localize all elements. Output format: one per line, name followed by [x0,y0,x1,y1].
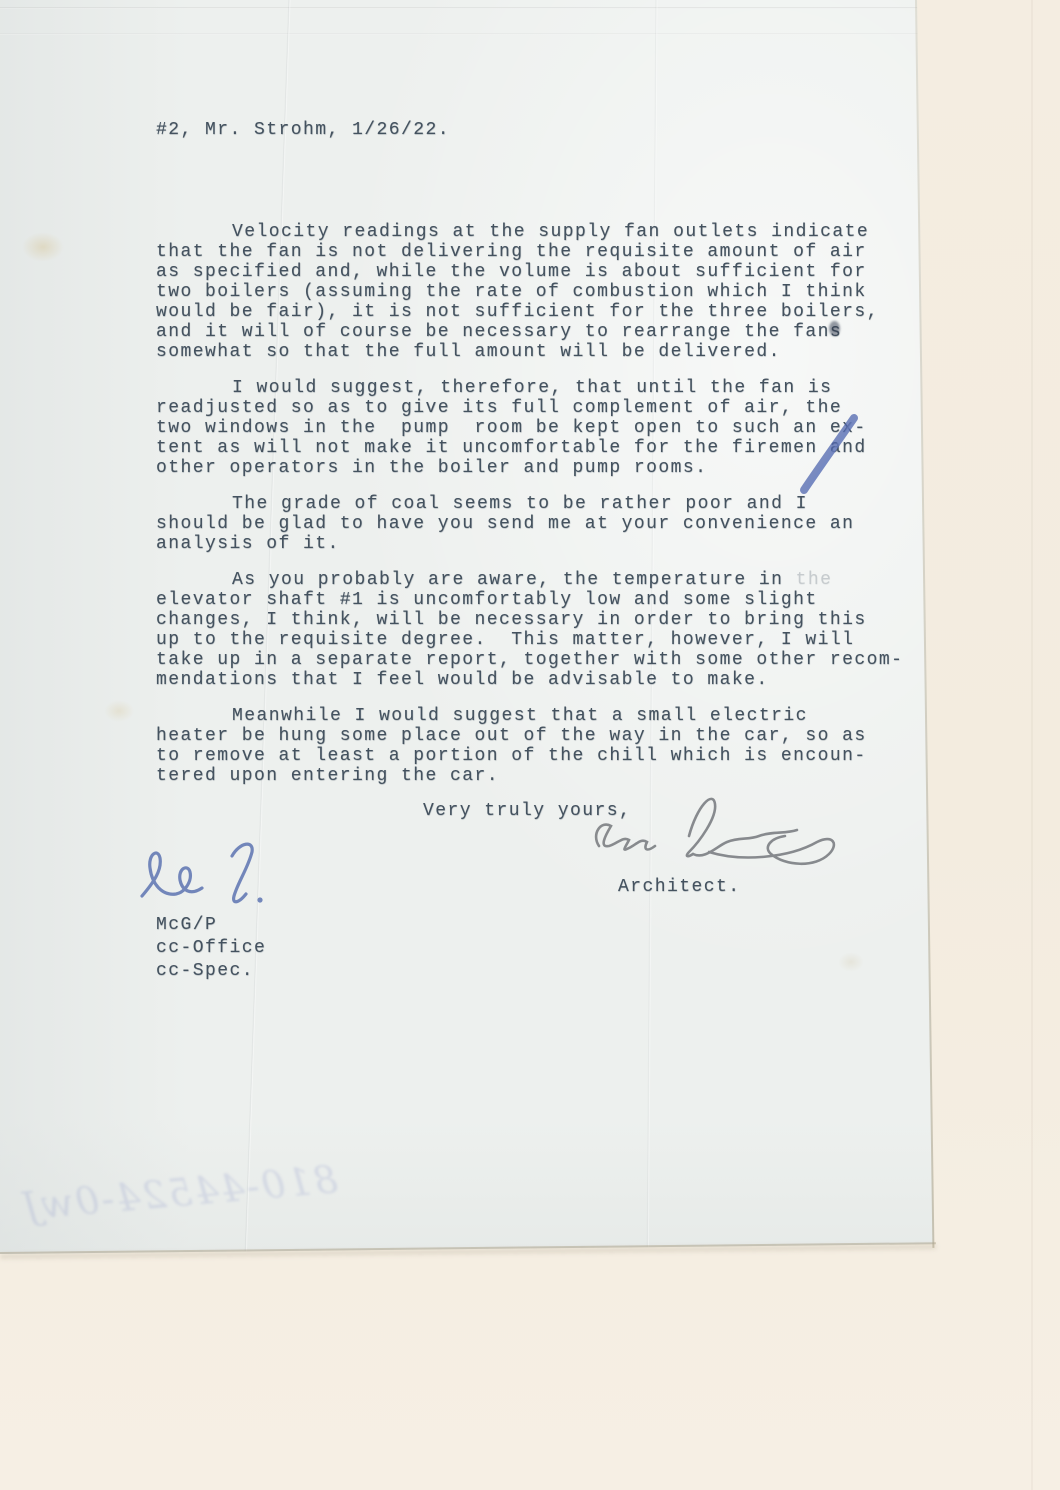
text-line: should be glad to have you send me at yo… [156,514,936,534]
ink-smudge [829,321,840,336]
text-line: heater be hung some place out of the way… [156,726,936,746]
letter-paper: #2, Mr. Strohm, 1/26/22. Velocity readin… [0,0,940,1258]
cc-line: cc-Office [156,937,266,960]
text-line: elevator shaft #1 is uncomfortably low a… [156,590,936,610]
paragraph: Velocity readings at the supply fan outl… [156,222,936,362]
text-line: take up in a separate report, together w… [156,650,936,670]
horizontal-fold-crease [0,33,940,35]
paragraph: The grade of coal seems to be rather poo… [156,494,936,554]
text-line: Velocity readings at the supply fan outl… [156,222,936,242]
paragraph: As you probably are aware, the temperatu… [156,570,936,690]
text-line: Meanwhile I would suggest that a small e… [156,706,936,726]
paper-stain [22,232,64,262]
letter-heading: #2, Mr. Strohm, 1/26/22. [156,120,450,140]
cc-line: cc-Spec. [156,960,266,983]
text-line: analysis of it. [156,534,936,554]
backdrop-seam [1031,0,1033,1490]
horizontal-fold-crease [0,7,940,9]
reference-initials: McG/P [156,914,266,937]
scanned-letter-page: { "colors": { "ink": "#44525f", "paper":… [0,0,1060,1490]
reference-block: McG/P cc-Office cc-Spec. [156,914,266,983]
text-line: As you probably are aware, the temperatu… [156,570,936,590]
paragraph: Meanwhile I would suggest that a small e… [156,706,936,786]
text-line: somewhat so that the full amount will be… [156,342,936,362]
letter-body: Velocity readings at the supply fan outl… [156,222,936,802]
blue-check-mark [796,410,862,496]
signature-title: Architect. [618,877,741,897]
text-line: and it will of course be necessary to re… [156,322,936,342]
text-line: up to the requisite degree. This matter,… [156,630,936,650]
initials-signature [138,834,278,922]
bleedthrough-writing: 810-44524-0wJ [87,1157,340,1223]
text-line: mendations that I feel would be advisabl… [156,670,936,690]
text-line: two boilers (assuming the rate of combus… [156,282,936,302]
paper-stain [104,700,134,722]
text-line: that the fan is not delivering the requi… [156,242,936,262]
architect-signature [585,788,850,888]
text-line: The grade of coal seems to be rather poo… [156,494,936,514]
text-line: I would suggest, therefore, that until t… [156,378,936,398]
text-line: as specified and, while the volume is ab… [156,262,936,282]
text-line: to remove at least a portion of the chil… [156,746,936,766]
text-line: changes, I think, will be necessary in o… [156,610,936,630]
faint-word: the [796,570,833,590]
text-line: tered upon entering the car. [156,766,936,786]
paper-stain [838,952,864,972]
text-line: would be fair), it is not sufficient for… [156,302,936,322]
